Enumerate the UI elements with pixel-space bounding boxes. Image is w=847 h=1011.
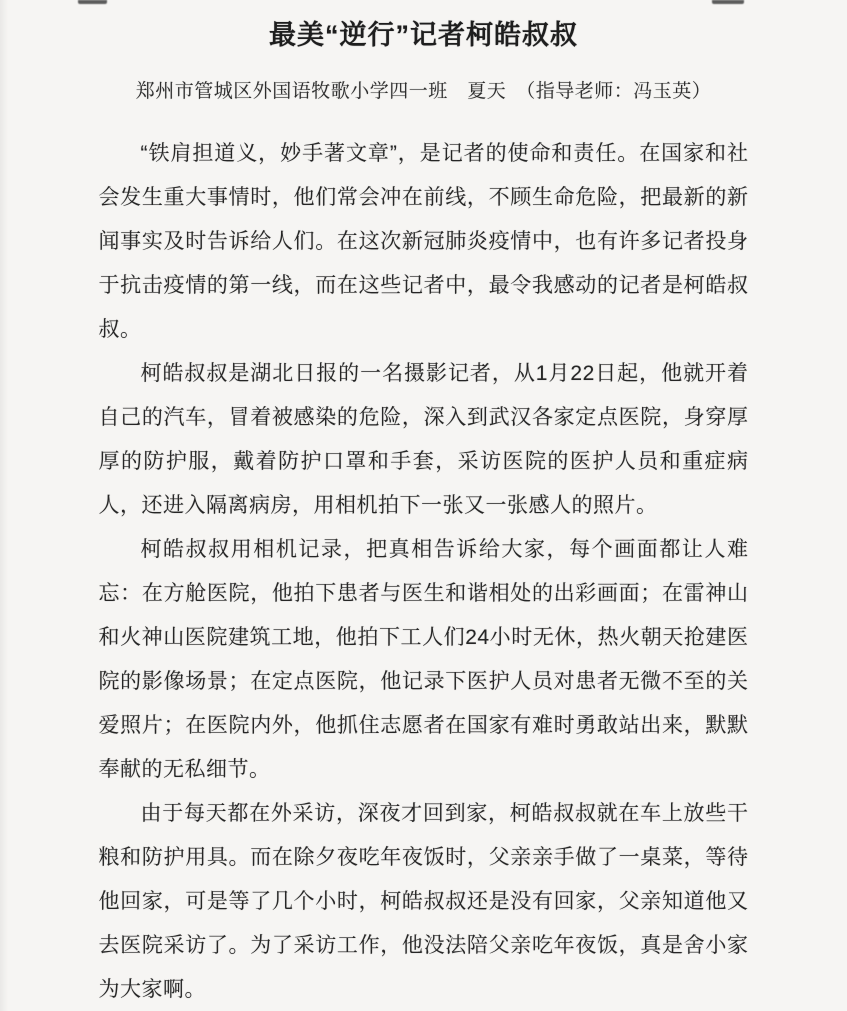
essay-paragraph: 由于每天都在外采访，深夜才回到家，柯皓叔叔就在车上放些干粮和防护用具。而在除夕夜…	[99, 792, 749, 1011]
scan-edge-artifact	[0, 0, 8, 1011]
top-crop-mark-left	[78, 0, 107, 4]
essay-byline: 郑州市管城区外国语牧歌小学四一班 夏天 （指导老师：冯玉英）	[0, 76, 847, 103]
essay-paragraph: 柯皓叔叔用相机记录，把真相告诉给大家，每个画面都让人难忘：在方舱医院，他拍下患者…	[99, 528, 749, 792]
essay-paragraph: 柯皓叔叔是湖北日报的一名摄影记者，从1月22日起，他就开着自己的汽车，冒着被感染…	[99, 352, 749, 528]
essay-body: “铁肩担道义，妙手著文章”，是记者的使命和责任。在国家和社会发生重大事情时，他们…	[99, 132, 749, 1011]
essay-paragraph: “铁肩担道义，妙手著文章”，是记者的使命和责任。在国家和社会发生重大事情时，他们…	[99, 132, 749, 352]
top-crop-mark-right	[712, 0, 744, 4]
essay-title: 最美“逆行”记者柯皓叔叔	[0, 13, 847, 52]
document-page: 最美“逆行”记者柯皓叔叔 郑州市管城区外国语牧歌小学四一班 夏天 （指导老师：冯…	[0, 0, 847, 1011]
